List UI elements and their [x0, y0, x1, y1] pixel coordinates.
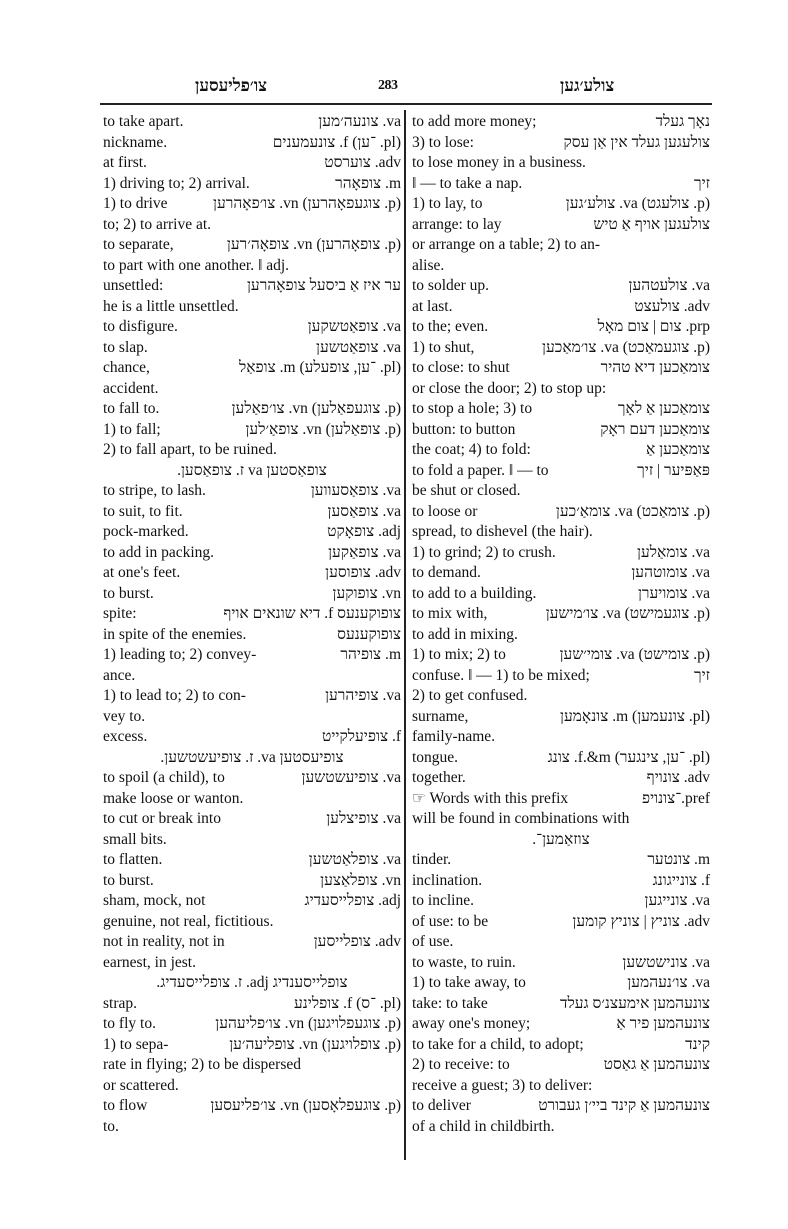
english-text: receive a guest; 3) to deliver:	[412, 1076, 592, 1097]
yiddish-headword: va. צונייגען	[645, 891, 711, 912]
dictionary-line: to the; even.prp. צום | צום מאָל	[412, 317, 710, 338]
dictionary-line: 1) to lay, to(p. צולעגט) va. צולע׳גען	[412, 194, 710, 215]
dictionary-line: or close the door; 2) to stop up:	[412, 379, 710, 400]
left-guide-word: צו׳פליעסען	[195, 76, 267, 96]
dictionary-line: unsettled:ער איז אַ ביסעל צופאָהרען	[103, 276, 401, 297]
yiddish-headword: (p. צומאַכט) va. צומאַ׳כען	[556, 502, 710, 523]
dictionary-line: to separate,(p. צופאָהרען) vn. צופאָה׳רע…	[103, 235, 401, 256]
dictionary-line: צופיעסטען va. ז. צופיעשטשען.	[103, 748, 401, 769]
yiddish-headword: va. צומויערן	[638, 584, 710, 605]
dictionary-line: or arrange on a table; 2) to an-	[412, 235, 710, 256]
yiddish-headword: (p. צופאָהרען) vn. צופאָה׳רען	[227, 235, 401, 256]
english-text: excess.	[103, 727, 147, 748]
english-text: or arrange on a table; 2) to an-	[412, 235, 600, 256]
english-text: alise.	[412, 256, 444, 277]
dictionary-line: to add to a building.va. צומויערן	[412, 584, 710, 605]
yiddish-headword: adv. צופוסען	[325, 563, 401, 584]
english-text: to lose money in a business.	[412, 153, 586, 174]
dictionary-line: 1) to mix; 2) to(p. צומישט) va. צומי׳שען	[412, 645, 710, 666]
yiddish-headword: (pl. ־ען, צופעלע) m. צופאַל	[239, 358, 401, 379]
dictionary-line: to take for a child, to adopt;קינד	[412, 1035, 710, 1056]
dictionary-line: tongue.(pl. ־ען, צינגער) f.&m. צונג	[412, 748, 710, 769]
dictionary-line: 1) to sepa-(p. צופלויגען) vn. צופליעה׳ען	[103, 1035, 401, 1056]
dictionary-line: tinder.m. צונטער	[412, 850, 710, 871]
english-text: not in reality, not in	[103, 932, 225, 953]
dictionary-line: to add more money;נאָך געלד	[412, 112, 710, 133]
dictionary-line: inclination.f. צונייגונג	[412, 871, 710, 892]
dictionary-line: confuse. ‖ — 1) to be mixed;זיך	[412, 666, 710, 687]
yiddish-headword: (p. צומישט) va. צומי׳שען	[560, 645, 710, 666]
yiddish-headword: f. צונייגונג	[653, 871, 710, 892]
dictionary-line: he is a little unsettled.	[103, 297, 401, 318]
dictionary-line: away one's money;צונעהמען פיר אַ	[412, 1014, 710, 1035]
dictionary-line: spite:צופוקענעס f. דיא שונאים אויף	[103, 604, 401, 625]
dictionary-line: strap.(pl. ־ס) f. צופלינע	[103, 994, 401, 1015]
dictionary-line: 1) leading to; 2) convey-m. צופיהר	[103, 645, 401, 666]
dictionary-line: to demand.va. צומוטהען	[412, 563, 710, 584]
english-text: to separate,	[103, 235, 174, 256]
english-text: he is a little unsettled.	[103, 297, 239, 318]
yiddish-headword: (p. צופאַלען) vn. צופאַ׳לען	[245, 420, 401, 441]
english-text: 2) to get confused.	[412, 686, 527, 707]
english-text: spread, to dishevel (the hair).	[412, 522, 593, 543]
dictionary-line: button: to buttonצומאַכען דעם ראָק	[412, 420, 710, 441]
english-text: surname,	[412, 707, 468, 728]
dictionary-line: rate in flying; 2) to be dispersed	[103, 1055, 401, 1076]
page-header: צו׳פליעסען 283 צולע׳גען	[100, 70, 712, 100]
yiddish-headword: צומאַכען אַ לאָך	[618, 399, 710, 420]
dictionary-line: genuine, not real, fictitious.	[103, 912, 401, 933]
english-text: nickname.	[103, 133, 167, 154]
dictionary-line: to part with one another. ‖ adj.	[103, 256, 401, 277]
english-text: tinder.	[412, 850, 451, 871]
english-text: genuine, not real, fictitious.	[103, 912, 273, 933]
english-text: rate in flying; 2) to be dispersed	[103, 1055, 301, 1076]
dictionary-line: at last.adv. צולעצט	[412, 297, 710, 318]
english-text: arrange: to lay	[412, 215, 502, 236]
yiddish-headword: זיך	[694, 174, 710, 195]
english-text: confuse. ‖ — 1) to be mixed;	[412, 666, 590, 687]
yiddish-headword: va. צו׳נעהמען	[627, 973, 710, 994]
dictionary-line: chance,(pl. ־ען, צופעלע) m. צופאַל	[103, 358, 401, 379]
yiddish-headword: ער איז אַ ביסעל צופאָהרען	[247, 276, 401, 297]
yiddish-headword: va. צולעטהען	[629, 276, 711, 297]
english-text: the coat; 4) to fold:	[412, 440, 531, 461]
english-text: to deliver	[412, 1096, 471, 1117]
dictionary-line: to spoil (a child), tova. צופיעשטשען	[103, 768, 401, 789]
english-text: 1) to fall;	[103, 420, 161, 441]
english-text: 2) to receive: to	[412, 1055, 510, 1076]
yiddish-headword: vn. צופוקען	[333, 584, 401, 605]
english-text: to add in mixing.	[412, 625, 518, 646]
dictionary-line: of use.	[412, 932, 710, 953]
dictionary-line: to loose or(p. צומאַכט) va. צומאַ׳כען	[412, 502, 710, 523]
english-text: pock-marked.	[103, 522, 189, 543]
english-text: of a child in childbirth.	[412, 1117, 554, 1138]
english-text: at one's feet.	[103, 563, 180, 584]
dictionary-line: or scattered.	[103, 1076, 401, 1097]
dictionary-line: excess.f. צופיעלקייט	[103, 727, 401, 748]
english-text: to the; even.	[412, 317, 488, 338]
right-guide-word: צולע׳גען	[560, 76, 614, 96]
dictionary-line: not in reality, not inadv. צופלייסען	[103, 932, 401, 953]
dictionary-line: alise.	[412, 256, 710, 277]
yiddish-headword: צומאַכען דיא טהיר	[601, 358, 710, 379]
yiddish-headword: m. צופיהר	[340, 645, 401, 666]
dictionary-line: be shut or closed.	[412, 481, 710, 502]
english-text: of use.	[412, 932, 453, 953]
english-text: 1) to shut,	[412, 338, 474, 359]
yiddish-headword: צופלייסענדיג adj. ז. צופלייסעדיג.	[156, 973, 347, 994]
dictionary-line: spread, to dishevel (the hair).	[412, 522, 710, 543]
english-text: inclination.	[412, 871, 482, 892]
yiddish-headword: (pl. ־ען, צינגער) f.&m. צונג	[548, 748, 710, 769]
dictionary-line: in spite of the enemies.צופוקענעס	[103, 625, 401, 646]
dictionary-line: to disfigure.va. צופאַטשקען	[103, 317, 401, 338]
dictionary-line: to burst.vn. צופוקען	[103, 584, 401, 605]
english-text: take: to take	[412, 994, 488, 1015]
dictionary-line: will be found in combinations with	[412, 809, 710, 830]
yiddish-headword: va. צופאַטשקען	[308, 317, 401, 338]
yiddish-headword: prp. צום | צום מאָל	[598, 317, 710, 338]
english-text: 1) leading to; 2) convey-	[103, 645, 256, 666]
english-text: to.	[103, 1117, 119, 1138]
dictionary-line: the coat; 4) to fold:צומאַכען אַ	[412, 440, 710, 461]
yiddish-headword: pref.־צונויפ	[642, 789, 710, 810]
english-text: in spite of the enemies.	[103, 625, 246, 646]
yiddish-headword: צונעהמען אימעצנ׳ס געלד	[560, 994, 710, 1015]
english-text: to close: to shut	[412, 358, 510, 379]
english-text: of use: to be	[412, 912, 488, 933]
english-text: to part with one another. ‖ adj.	[103, 256, 289, 277]
yiddish-headword: va. צופאַסען	[328, 502, 401, 523]
dictionary-line: to add in mixing.	[412, 625, 710, 646]
english-text: to loose or	[412, 502, 477, 523]
english-text: or scattered.	[103, 1076, 179, 1097]
english-text: to take apart.	[103, 112, 183, 133]
yiddish-headword: va. צופלאַטשען	[309, 850, 401, 871]
english-text: button: to button	[412, 420, 515, 441]
dictionary-line: small bits.	[103, 830, 401, 851]
yiddish-headword: צונעהמען אַ קינד ביי׳ן געבורט	[538, 1096, 710, 1117]
dictionary-line: of a child in childbirth.	[412, 1117, 710, 1138]
english-text: together.	[412, 768, 466, 789]
yiddish-headword: (p. צוגעפלויגען) vn. צו׳פליעהען	[215, 1014, 401, 1035]
yiddish-headword: צונעהמען אַ גאַסט	[604, 1055, 710, 1076]
english-text: sham, mock, not	[103, 891, 205, 912]
dictionary-line: vey to.	[103, 707, 401, 728]
english-text: will be found in combinations with	[412, 809, 629, 830]
english-text: ance.	[103, 666, 135, 687]
dictionary-line: to take apart.va. צונעה׳מען	[103, 112, 401, 133]
english-text: vey to.	[103, 707, 145, 728]
yiddish-headword: נאָך געלד	[656, 112, 710, 133]
yiddish-headword: adv. צוערסט	[324, 153, 401, 174]
english-text: to add to a building.	[412, 584, 536, 605]
english-text: make loose or wanton.	[103, 789, 243, 810]
english-text: ☞ Words with this prefix	[412, 789, 568, 810]
yiddish-headword: (p. צוגעפאָהרען) vn. צו׳פאָהרען	[213, 194, 401, 215]
dictionary-line: pock-marked.adj. צופאָקט	[103, 522, 401, 543]
dictionary-page: צו׳פליעסען 283 צולע׳גען to take apart.va…	[100, 70, 712, 100]
yiddish-headword: צופיעסטען va. ז. צופיעשטשען.	[160, 748, 343, 769]
dictionary-line: 1) to grind; 2) to crush.va. צומאַלען	[412, 543, 710, 564]
dictionary-line: ☞ Words with this prefixpref.־צונויפ	[412, 789, 710, 810]
dictionary-line: 1) to lead to; 2) to con-va. צופיהרען	[103, 686, 401, 707]
dictionary-line: make loose or wanton.	[103, 789, 401, 810]
english-text: 1) to mix; 2) to	[412, 645, 506, 666]
dictionary-line: 1) to fall;(p. צופאַלען) vn. צופאַ׳לען	[103, 420, 401, 441]
yiddish-headword: va. צופאַטשען	[316, 338, 401, 359]
dictionary-line: to slap.va. צופאַטשען	[103, 338, 401, 359]
dictionary-line: 2) to fall apart, to be ruined.	[103, 440, 401, 461]
english-text: to take for a child, to adopt;	[412, 1035, 584, 1056]
yiddish-headword: adv. צולעצט	[634, 297, 710, 318]
english-text: 1) to sepa-	[103, 1035, 168, 1056]
dictionary-line: 1) to shut,(p. צוגעמאַכט) va. צו׳מאַכען	[412, 338, 710, 359]
dictionary-line: to solder up.va. צולעטהען	[412, 276, 710, 297]
dictionary-line: צוזאַמען־.	[412, 830, 710, 851]
dictionary-line: to mix with,(p. צוגעמישט) va. צו׳מישען	[412, 604, 710, 625]
right-column: to add more money;נאָך געלד3) to lose:צו…	[412, 112, 710, 1137]
dictionary-line: 1) driving to; 2) arrival.m. צופאָהר	[103, 174, 401, 195]
dictionary-line: at one's feet.adv. צופוסען	[103, 563, 401, 584]
dictionary-line: sham, mock, notadj. צופלייסעדיג	[103, 891, 401, 912]
yiddish-headword: (p. צוגעמאַכט) va. צו׳מאַכען	[542, 338, 710, 359]
dictionary-line: to.	[103, 1117, 401, 1138]
dictionary-line: to add in packing.va. צופאַקען	[103, 543, 401, 564]
english-text: 1) to lead to; 2) to con-	[103, 686, 246, 707]
yiddish-headword: צומאַכען אַ	[646, 440, 710, 461]
dictionary-line: 3) to lose:צולעגען געלד אין אַן עסק	[412, 133, 710, 154]
english-text: accident.	[103, 379, 159, 400]
dictionary-line: of use: to beadv. צוניץ | צוניץ קומען	[412, 912, 710, 933]
yiddish-headword: m. צונטער	[647, 850, 710, 871]
english-text: to cut or break into	[103, 809, 221, 830]
column-divider	[404, 110, 406, 1160]
dictionary-line: 1) to take away, tova. צו׳נעהמען	[412, 973, 710, 994]
dictionary-line: ‖ — to take a nap.זיך	[412, 174, 710, 195]
dictionary-line: accident.	[103, 379, 401, 400]
dictionary-line: to; 2) to arrive at.	[103, 215, 401, 236]
dictionary-line: to incline.va. צונייגען	[412, 891, 710, 912]
yiddish-headword: (p. צוגעפלאָסען) vn. צו׳פליעסען	[210, 1096, 401, 1117]
english-text: to incline.	[412, 891, 474, 912]
yiddish-headword: צוזאַמען־.	[532, 830, 589, 851]
yiddish-headword: va. צונישטשען	[622, 953, 710, 974]
yiddish-headword: va. צופיצלען	[326, 809, 401, 830]
english-text: be shut or closed.	[412, 481, 520, 502]
left-column: to take apart.va. צונעה׳מעןnickname.(pl.…	[103, 112, 401, 1137]
dictionary-line: to stop a hole; 3) toצומאַכען אַ לאָך	[412, 399, 710, 420]
yiddish-headword: צונעהמען פיר אַ	[616, 1014, 710, 1035]
english-text: at first.	[103, 153, 147, 174]
yiddish-headword: צופוקענעס	[337, 625, 401, 646]
page-number: 283	[378, 78, 398, 94]
english-text: to stripe, to lash.	[103, 481, 206, 502]
dictionary-line: to flow(p. צוגעפלאָסען) vn. צו׳פליעסען	[103, 1096, 401, 1117]
dictionary-line: 2) to get confused.	[412, 686, 710, 707]
english-text: 2) to fall apart, to be ruined.	[103, 440, 277, 461]
english-text: to fall to.	[103, 399, 159, 420]
dictionary-line: to suit, to fit.va. צופאַסען	[103, 502, 401, 523]
dictionary-line: to burst.vn. צופלאַצען	[103, 871, 401, 892]
yiddish-headword: va. צופיהרען	[325, 686, 401, 707]
dictionary-line: 1) to drive(p. צוגעפאָהרען) vn. צו׳פאָהר…	[103, 194, 401, 215]
dictionary-line: to stripe, to lash.va. צופאַסעווען	[103, 481, 401, 502]
yiddish-headword: adj. צופאָקט	[327, 522, 401, 543]
yiddish-headword: m. צופאָהר	[335, 174, 401, 195]
english-text: to mix with,	[412, 604, 487, 625]
english-text: to slap.	[103, 338, 148, 359]
english-text: 1) driving to; 2) arrival.	[103, 174, 250, 195]
dictionary-line: earnest, in jest.	[103, 953, 401, 974]
yiddish-headword: צולעגען געלד אין אַן עסק	[564, 133, 711, 154]
english-text: 1) to drive	[103, 194, 168, 215]
dictionary-line: 2) to receive: toצונעהמען אַ גאַסט	[412, 1055, 710, 1076]
english-text: away one's money;	[412, 1014, 530, 1035]
dictionary-line: surname,(pl. צונעמען) m. צונאָמען	[412, 707, 710, 728]
yiddish-headword: (p. צוגעפאַלען) vn. צו׳פאַלען	[232, 399, 401, 420]
yiddish-headword: va. צומאַלען	[637, 543, 710, 564]
yiddish-headword: va. צונעה׳מען	[318, 112, 401, 133]
english-text: to burst.	[103, 584, 154, 605]
header-rule	[100, 103, 712, 105]
english-text: family-name.	[412, 727, 495, 748]
english-text: small bits.	[103, 830, 167, 851]
english-text: to demand.	[412, 563, 481, 584]
yiddish-headword: (p. צופלויגען) vn. צופליעה׳ען	[229, 1035, 401, 1056]
yiddish-headword: adv. צונויף	[647, 768, 710, 789]
english-text: spite:	[103, 604, 137, 625]
yiddish-headword: פּאַפּיער | זיך	[637, 461, 710, 482]
english-text: to flow	[103, 1096, 147, 1117]
english-text: to stop a hole; 3) to	[412, 399, 532, 420]
english-text: to suit, to fit.	[103, 502, 183, 523]
english-text: to fly to.	[103, 1014, 156, 1035]
english-text: at last.	[412, 297, 452, 318]
dictionary-line: together.adv. צונויף	[412, 768, 710, 789]
yiddish-headword: צופוקענעס f. דיא שונאים אויף	[223, 604, 401, 625]
dictionary-line: to waste, to ruin.va. צונישטשען	[412, 953, 710, 974]
dictionary-line: to deliverצונעהמען אַ קינד ביי׳ן געבורט	[412, 1096, 710, 1117]
dictionary-line: receive a guest; 3) to deliver:	[412, 1076, 710, 1097]
dictionary-line: family-name.	[412, 727, 710, 748]
english-text: to add more money;	[412, 112, 536, 133]
english-text: to spoil (a child), to	[103, 768, 225, 789]
dictionary-line: arrange: to layצולעגען אויף אַ טיש	[412, 215, 710, 236]
dictionary-line: צופאַסטען va ז. צופאַסען.	[103, 461, 401, 482]
yiddish-headword: צולעגען אויף אַ טיש	[593, 215, 710, 236]
english-text: tongue.	[412, 748, 458, 769]
dictionary-line: to fly to.(p. צוגעפלויגען) vn. צו׳פליעהע…	[103, 1014, 401, 1035]
yiddish-headword: (pl. צונעמען) m. צונאָמען	[560, 707, 710, 728]
yiddish-headword: צומאַכען דעם ראָק	[600, 420, 710, 441]
yiddish-headword: (p. צוגעמישט) va. צו׳מישען	[546, 604, 710, 625]
dictionary-line: to cut or break intova. צופיצלען	[103, 809, 401, 830]
yiddish-headword: va. צופאַסעווען	[311, 481, 401, 502]
yiddish-headword: vn. צופלאַצען	[320, 871, 401, 892]
english-text: chance,	[103, 358, 150, 379]
yiddish-headword: (pl. ־ען) f. צונעמענים	[273, 133, 401, 154]
english-text: to fold a paper. ‖ — to	[412, 461, 549, 482]
english-text: earnest, in jest.	[103, 953, 196, 974]
yiddish-headword: (pl. ־ס) f. צופלינע	[294, 994, 401, 1015]
yiddish-headword: זיך	[694, 666, 710, 687]
english-text: strap.	[103, 994, 137, 1015]
dictionary-line: at first.adv. צוערסט	[103, 153, 401, 174]
english-text: 1) to lay, to	[412, 194, 482, 215]
yiddish-headword: adv. צוניץ | צוניץ קומען	[572, 912, 710, 933]
dictionary-line: to flatten.va. צופלאַטשען	[103, 850, 401, 871]
english-text: 3) to lose:	[412, 133, 474, 154]
english-text: unsettled:	[103, 276, 163, 297]
dictionary-line: ance.	[103, 666, 401, 687]
dictionary-line: take: to takeצונעהמען אימעצנ׳ס געלד	[412, 994, 710, 1015]
yiddish-headword: va. צומוטהען	[631, 563, 710, 584]
yiddish-headword: צופאַסטען va ז. צופאַסען.	[177, 461, 327, 482]
dictionary-line: nickname.(pl. ־ען) f. צונעמענים	[103, 133, 401, 154]
yiddish-headword: adj. צופלייסעדיג	[305, 891, 402, 912]
english-text: to flatten.	[103, 850, 162, 871]
english-text: to waste, to ruin.	[412, 953, 516, 974]
dictionary-line: to fold a paper. ‖ — toפּאַפּיער | זיך	[412, 461, 710, 482]
english-text: 1) to take away, to	[412, 973, 526, 994]
english-text: ‖ — to take a nap.	[412, 174, 522, 195]
yiddish-headword: adv. צופלייסען	[314, 932, 401, 953]
english-text: to disfigure.	[103, 317, 178, 338]
english-text: to; 2) to arrive at.	[103, 215, 211, 236]
dictionary-line: to lose money in a business.	[412, 153, 710, 174]
yiddish-headword: va. צופיעשטשען	[302, 768, 401, 789]
yiddish-headword: קינד	[685, 1035, 710, 1056]
yiddish-headword: (p. צולעגט) va. צולע׳גען	[566, 194, 710, 215]
english-text: to solder up.	[412, 276, 489, 297]
yiddish-headword: va. צופאַקען	[328, 543, 401, 564]
dictionary-line: צופלייסענדיג adj. ז. צופלייסעדיג.	[103, 973, 401, 994]
english-text: to add in packing.	[103, 543, 214, 564]
yiddish-headword: f. צופיעלקייט	[322, 727, 401, 748]
english-text: or close the door; 2) to stop up:	[412, 379, 606, 400]
english-text: to burst.	[103, 871, 154, 892]
dictionary-line: to fall to.(p. צוגעפאַלען) vn. צו׳פאַלען	[103, 399, 401, 420]
dictionary-line: to close: to shutצומאַכען דיא טהיר	[412, 358, 710, 379]
english-text: 1) to grind; 2) to crush.	[412, 543, 556, 564]
